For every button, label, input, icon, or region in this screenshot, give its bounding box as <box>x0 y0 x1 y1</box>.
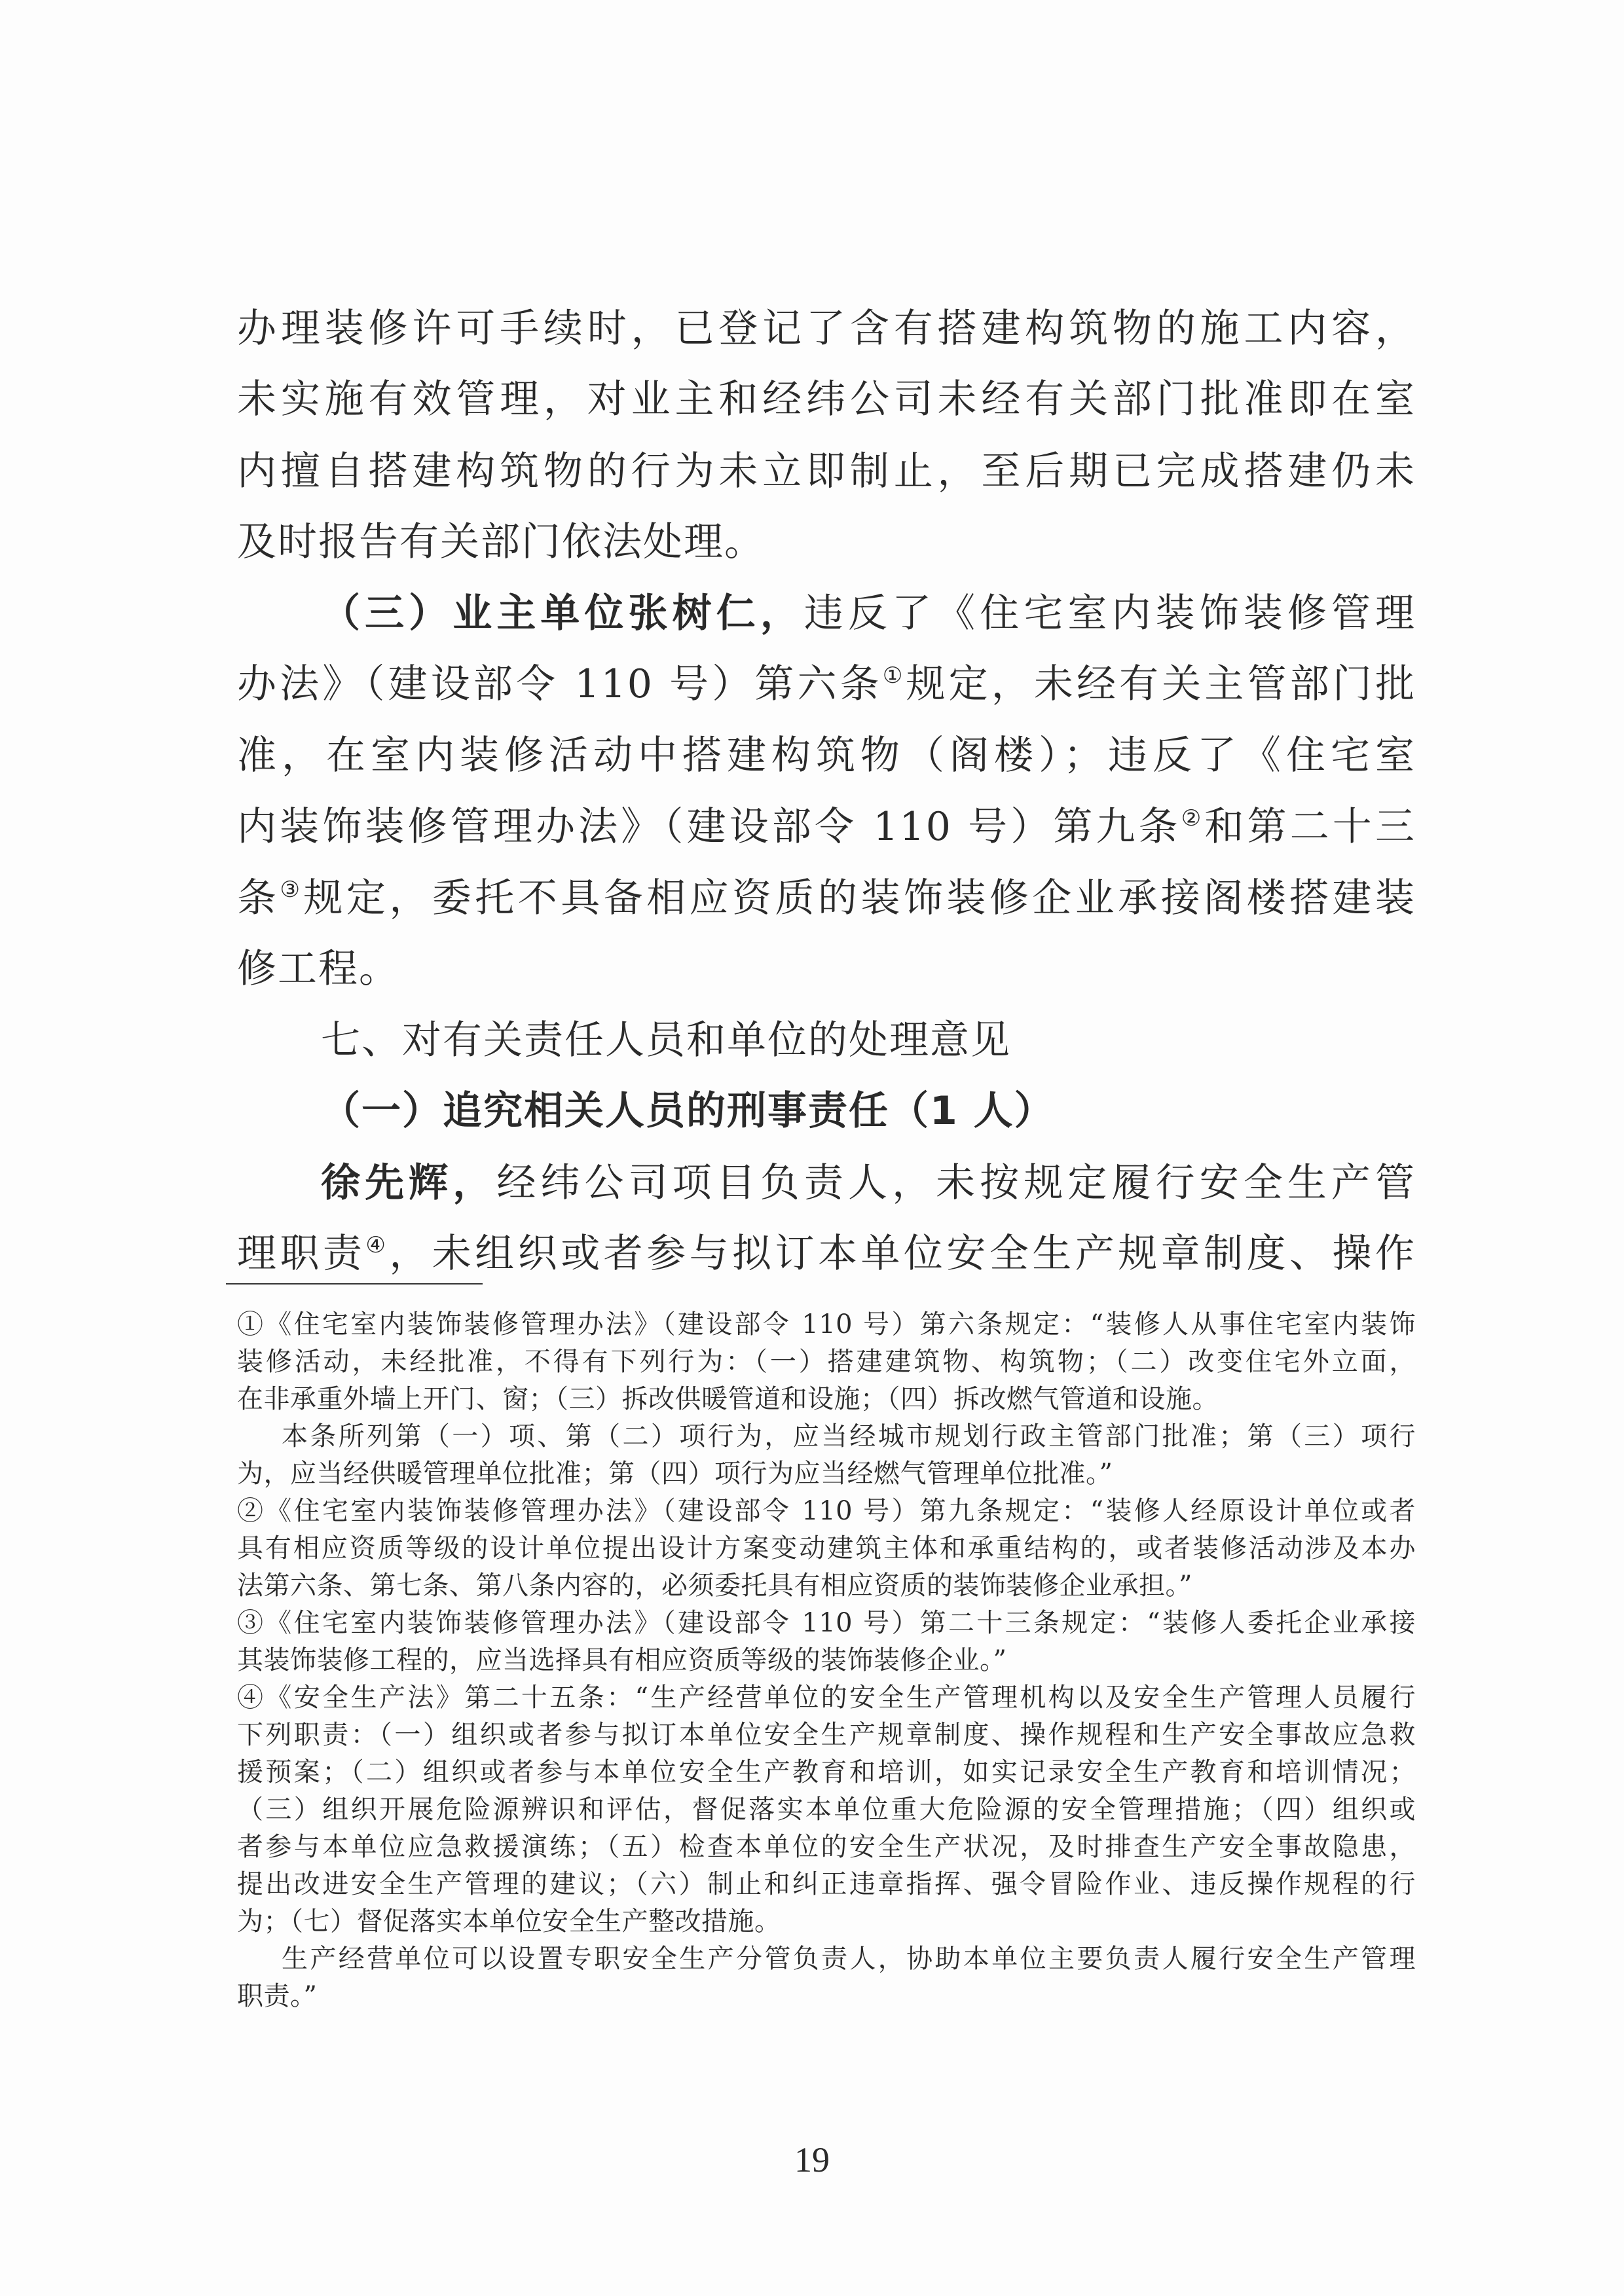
footnote-4-line: 下列职责：（一）组织或者参与拟订本单位安全生产规章制度、操作规程和生产安全事故应… <box>237 1717 1416 1754</box>
owner-paragraph-line: （三）业主单位张树仁，违反了《住宅室内装饰装修管理 <box>321 587 1416 640</box>
footnote-4-line: 者参与本单位应急救援演练；（五）检查本单位的安全生产状况，及时排查生产安全事故隐… <box>237 1829 1416 1866</box>
footnote-4-line: ④《安全生产法》第二十五条：“生产经营单位的安全生产管理机构以及安全生产管理人员… <box>237 1679 1416 1717</box>
owner-paragraph-line: 修工程。 <box>237 943 1416 995</box>
xu-paragraph-line: 理职责④，未组织或者参与拟订本单位安全生产规章制度、操作 <box>237 1228 1416 1280</box>
section-heading: 七、对有关责任人员和单位的处理意见 <box>321 1014 1011 1066</box>
footnote-3-line: 其装饰装修工程的，应当选择具有相应资质等级的装饰装修企业。” <box>237 1642 1416 1679</box>
document-page: 办理装修许可手续时，已登记了含有搭建构筑物的施工内容， 未实施有效管理，对业主和… <box>0 0 1624 2296</box>
footnote-separator <box>226 1283 483 1285</box>
footnote-4-line: 职责。” <box>237 1978 1416 2015</box>
body-text-line: 内擅自搭建构筑物的行为未立即制止，至后期已完成搭建仍未 <box>237 445 1416 498</box>
footnote-2-line: 法第六条、第七条、第八条内容的，必须委托具有相应资质的装饰装修企业承担。” <box>237 1567 1416 1605</box>
footnote-1-line: 在非承重外墙上开门、窗；（三）拆改供暖管道和设施；（四）拆改燃气管道和设施。 <box>237 1381 1416 1418</box>
subsection-heading: （一）追究相关人员的刑事责任（1 人） <box>321 1085 1055 1137</box>
footnote-2-line: 具有相应资质等级的设计单位提出设计方案变动建筑主体和承重结构的，或者装修活动涉及… <box>237 1530 1416 1567</box>
footnote-ref-3[interactable]: ③ <box>280 877 303 903</box>
xu-paragraph-line: 徐先辉，经纬公司项目负责人，未按规定履行安全生产管 <box>321 1157 1416 1209</box>
body-text-line: 未实施有效管理，对业主和经纬公司未经有关部门批准即在室 <box>237 373 1416 426</box>
footnote-ref-2[interactable]: ② <box>1181 805 1205 831</box>
body-text-line: 办理装修许可手续时，已登记了含有搭建构筑物的施工内容， <box>237 302 1416 355</box>
footnote-ref-1[interactable]: ① <box>883 663 906 689</box>
footnote-3-line: ③《住宅室内装饰装修管理办法》（建设部令 110 号）第二十三条规定：“装修人委… <box>237 1605 1416 1642</box>
page-number: 19 <box>0 2140 1624 2180</box>
footnote-4-line: 援预案；（二）组织或者参与本单位安全生产教育和培训，如实记录安全生产教育和培训情… <box>237 1754 1416 1791</box>
footnote-1-line: 本条所列第（一）项、第（二）项行为，应当经城市规划行政主管部门批准；第（三）项行 <box>282 1418 1416 1455</box>
owner-paragraph-line: 内装饰装修管理办法》（建设部令 110 号）第九条②和第二十三 <box>237 801 1416 853</box>
person-name-lead: 徐先辉， <box>321 1160 496 1206</box>
owner-name-lead: （三）业主单位张树仁， <box>321 591 804 636</box>
footnote-4-line: 提出改进安全生产管理的建议；（六）制止和纠正违章指挥、强令冒险作业、违反操作规程… <box>237 1866 1416 1903</box>
footnote-4-line: （三）组织开展危险源辨识和评估，督促落实本单位重大危险源的安全管理措施；（四）组… <box>237 1791 1416 1829</box>
footnote-4-line: 生产经营单位可以设置专职安全生产分管负责人，协助本单位主要负责人履行安全生产管理 <box>282 1941 1416 1978</box>
footnote-4-line: 为；（七）督促落实本单位安全生产整改措施。 <box>237 1903 1416 1941</box>
owner-paragraph-line: 办法》（建设部令 110 号）第六条①规定，未经有关主管部门批 <box>237 658 1416 710</box>
owner-paragraph-line: 准，在室内装修活动中搭建构筑物（阁楼）；违反了《住宅室 <box>237 729 1416 782</box>
footnote-1-line: ①《住宅室内装饰装修管理办法》（建设部令 110 号）第六条规定：“装修人从事住… <box>237 1306 1416 1343</box>
body-text-line: 及时报告有关部门依法处理。 <box>237 516 1416 568</box>
footnote-2-line: ②《住宅室内装饰装修管理办法》（建设部令 110 号）第九条规定：“装修人经原设… <box>237 1493 1416 1530</box>
footnote-ref-4[interactable]: ④ <box>365 1232 389 1258</box>
owner-paragraph-line: 条③规定，委托不具备相应资质的装饰装修企业承接阁楼搭建装 <box>237 872 1416 924</box>
footnote-1-line: 为，应当经供暖管理单位批准；第（四）项行为应当经燃气管理单位批准。” <box>237 1455 1416 1493</box>
footnote-1-line: 装修活动，未经批准，不得有下列行为：（一）搭建建筑物、构筑物；（二）改变住宅外立… <box>237 1343 1416 1381</box>
